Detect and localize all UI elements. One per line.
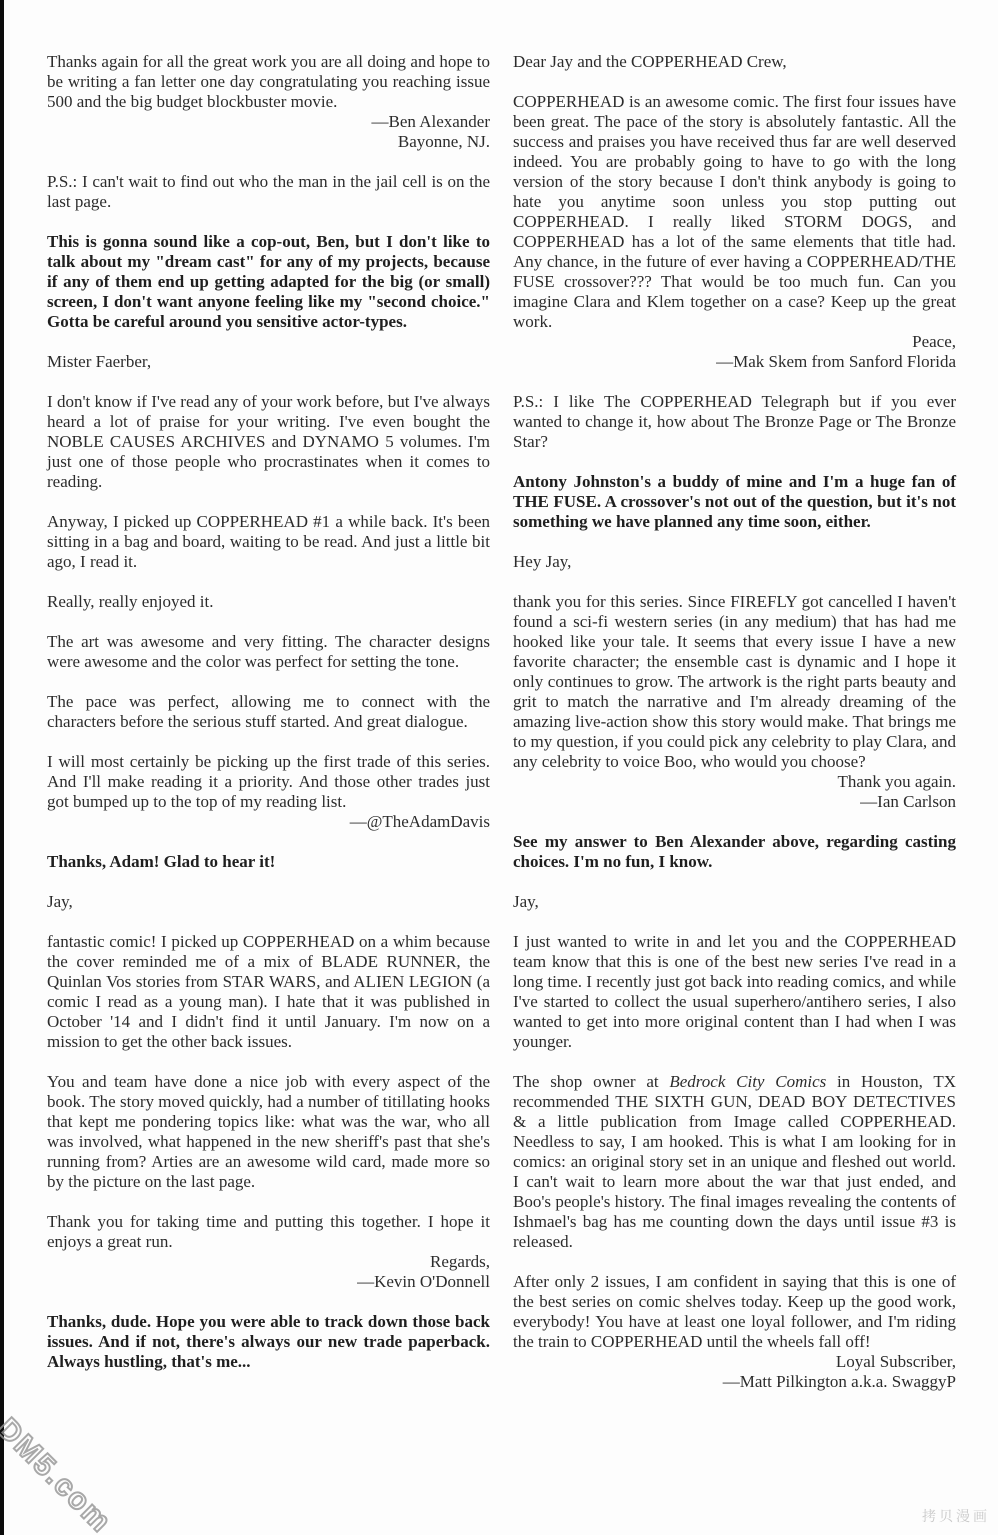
signature-line: Bayonne, NJ.: [47, 132, 490, 152]
signature-line: Regards,: [47, 1252, 490, 1272]
letter-paragraph: After only 2 issues, I am confident in s…: [513, 1272, 956, 1352]
signature-line: —Mak Skem from Sanford Florida: [513, 352, 956, 372]
letter-paragraph: The art was awesome and very fitting. Th…: [47, 632, 490, 672]
column-left: Thanks again for all the great work you …: [47, 52, 490, 1372]
letter-paragraph: Anyway, I picked up COPPERHEAD #1 a whil…: [47, 512, 490, 572]
letter-paragraph: P.S.: I like The COPPERHEAD Telegraph bu…: [513, 392, 956, 452]
signature-line: Loyal Subscriber,: [513, 1352, 956, 1372]
signature-line: —Ian Carlson: [513, 792, 956, 812]
letter-paragraph: I just wanted to write in and let you an…: [513, 932, 956, 1052]
letter-paragraph: The shop owner at Bedrock City Comics in…: [513, 1072, 956, 1252]
chinese-watermark: 拷贝漫画: [922, 1506, 990, 1526]
paragraph-text: in Houston, TX recommended THE SIXTH GUN…: [513, 1072, 956, 1251]
letter-paragraph: I will most certainly be picking up the …: [47, 752, 490, 812]
letter-paragraph: Thank you for taking time and putting th…: [47, 1212, 490, 1252]
letter-paragraph: I don't know if I've read any of your wo…: [47, 392, 490, 492]
letter-paragraph: thank you for this series. Since FIREFLY…: [513, 592, 956, 772]
editor-reply-paragraph: See my answer to Ben Alexander above, re…: [513, 832, 956, 872]
editor-reply-paragraph: This is gonna sound like a cop-out, Ben,…: [47, 232, 490, 332]
letters-columns: Thanks again for all the great work you …: [47, 52, 956, 1392]
signature-line: Thank you again.: [513, 772, 956, 792]
column-right: Dear Jay and the COPPERHEAD Crew,COPPERH…: [513, 52, 956, 1392]
signature-line: —Ben Alexander: [47, 112, 490, 132]
letter-paragraph: Jay,: [47, 892, 490, 912]
signature-line: —Kevin O'Donnell: [47, 1272, 490, 1292]
letter-paragraph: Really, really enjoyed it.: [47, 592, 490, 612]
paragraph-text: The shop owner at: [513, 1072, 669, 1091]
page-left-border: [0, 0, 4, 1535]
letter-paragraph: The pace was perfect, allowing me to con…: [47, 692, 490, 732]
letter-paragraph: P.S.: I can't wait to find out who the m…: [47, 172, 490, 212]
letter-paragraph: Thanks again for all the great work you …: [47, 52, 490, 112]
letter-paragraph: Hey Jay,: [513, 552, 956, 572]
letter-paragraph: COPPERHEAD is an awesome comic. The firs…: [513, 92, 956, 332]
letter-paragraph: Jay,: [513, 892, 956, 912]
dm5-watermark: DM5.com: [0, 1412, 118, 1535]
letters-page: Thanks again for all the great work you …: [0, 0, 998, 1535]
editor-reply-paragraph: Thanks, Adam! Glad to hear it!: [47, 852, 490, 872]
signature-line: Peace,: [513, 332, 956, 352]
editor-reply-paragraph: Antony Johnston's a buddy of mine and I'…: [513, 472, 956, 532]
editor-reply-paragraph: Thanks, dude. Hope you were able to trac…: [47, 1312, 490, 1372]
signature-line: —Matt Pilkington a.k.a. SwaggyP: [513, 1372, 956, 1392]
letter-paragraph: fantastic comic! I picked up COPPERHEAD …: [47, 932, 490, 1052]
letter-paragraph: Dear Jay and the COPPERHEAD Crew,: [513, 52, 956, 72]
letter-paragraph: You and team have done a nice job with e…: [47, 1072, 490, 1192]
signature-line: —@TheAdamDavis: [47, 812, 490, 832]
store-name-italic: Bedrock City Comics: [669, 1072, 826, 1091]
letter-paragraph: Mister Faerber,: [47, 352, 490, 372]
